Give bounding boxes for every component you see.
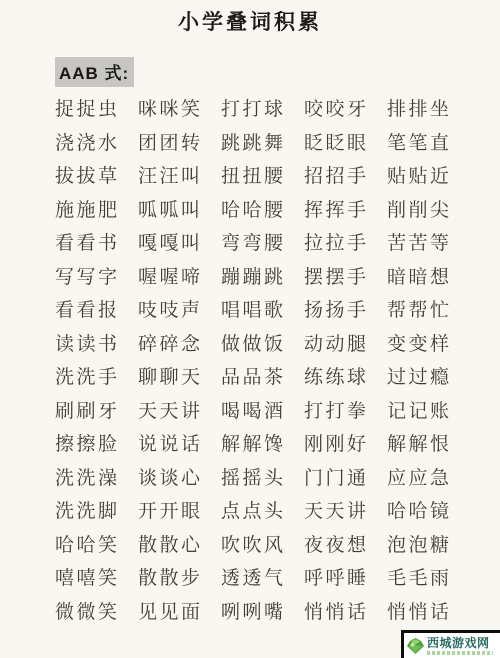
word-item: 蹦蹦跳: [221, 259, 304, 293]
word-item: 咧咧嘴: [221, 594, 304, 628]
word-item: 弯弯腰: [221, 225, 304, 259]
word-item: 写写字: [55, 259, 138, 293]
word-item: 聊聊天: [138, 359, 221, 393]
word-item: 捉捉虫: [55, 91, 138, 125]
word-item: 应应急: [387, 460, 470, 494]
word-item: 削削尖: [387, 192, 470, 226]
word-item: 嘎嘎叫: [138, 225, 221, 259]
word-item: 喝喝酒: [221, 393, 304, 427]
watermark-subtext-strip: [427, 651, 493, 655]
word-item: 悄悄话: [304, 594, 387, 628]
word-item: 解解恨: [387, 426, 470, 460]
word-item: 看看书: [55, 225, 138, 259]
word-item: 记记账: [387, 393, 470, 427]
word-item: 动动腿: [304, 326, 387, 360]
word-item: 品品茶: [221, 359, 304, 393]
word-item: 门门通: [304, 460, 387, 494]
word-item: 洗洗脚: [55, 493, 138, 527]
word-item: 洗洗手: [55, 359, 138, 393]
word-item: 碎碎念: [138, 326, 221, 360]
word-item: 微微笑: [55, 594, 138, 628]
word-item: 看看报: [55, 292, 138, 326]
word-item: 浇浇水: [55, 125, 138, 159]
word-item: 哈哈腰: [221, 192, 304, 226]
watermark-site-name: 西城游戏网: [427, 637, 493, 649]
word-item: 哈哈镜: [387, 493, 470, 527]
word-item: 贴贴近: [387, 158, 470, 192]
word-item: 透透气: [221, 560, 304, 594]
word-item: 咪咪笑: [138, 91, 221, 125]
word-item: 团团转: [138, 125, 221, 159]
word-item: 洗洗澡: [55, 460, 138, 494]
word-item: 擦擦脸: [55, 426, 138, 460]
word-item: 开开眼: [138, 493, 221, 527]
word-item: 吹吹风: [221, 527, 304, 561]
word-item: 天天讲: [138, 393, 221, 427]
watermark-text-column: 西城游戏网: [427, 637, 493, 655]
word-item: 笔笔直: [387, 125, 470, 159]
word-item: 解解馋: [221, 426, 304, 460]
word-item: 读读书: [55, 326, 138, 360]
word-item: 呱呱叫: [138, 192, 221, 226]
word-item: 谈谈心: [138, 460, 221, 494]
word-item: 变变样: [387, 326, 470, 360]
word-item: 悄悄话: [387, 594, 470, 628]
word-item: 咬咬牙: [304, 91, 387, 125]
word-item: 散散心: [138, 527, 221, 561]
page-title: 小学叠词积累: [0, 6, 500, 36]
word-item: 夜夜想: [304, 527, 387, 561]
word-item: 做做饭: [221, 326, 304, 360]
word-item: 唱唱歌: [221, 292, 304, 326]
gem-icon: [407, 638, 424, 654]
word-item: 汪汪叫: [138, 158, 221, 192]
word-item: 排排坐: [387, 91, 470, 125]
word-item: 苦苦等: [387, 225, 470, 259]
word-item: 挥挥手: [304, 192, 387, 226]
word-item: 帮帮忙: [387, 292, 470, 326]
word-item: 跳跳舞: [221, 125, 304, 159]
word-item: 摆摆手: [304, 259, 387, 293]
word-item: 刷刷牙: [55, 393, 138, 427]
word-item: 嘻嘻笑: [55, 560, 138, 594]
word-item: 散散步: [138, 560, 221, 594]
word-item: 暗暗想: [387, 259, 470, 293]
word-item: 练练球: [304, 359, 387, 393]
word-item: 吱吱声: [138, 292, 221, 326]
word-item: 点点头: [221, 493, 304, 527]
word-item: 摇摇头: [221, 460, 304, 494]
word-item: 说说话: [138, 426, 221, 460]
word-item: 扭扭腰: [221, 158, 304, 192]
word-item: 见见面: [138, 594, 221, 628]
word-item: 呼呼睡: [304, 560, 387, 594]
word-item: 喔喔啼: [138, 259, 221, 293]
watermark-badge: 西城游戏网: [401, 630, 500, 658]
word-item: 施施肥: [55, 192, 138, 226]
word-item: 拉拉手: [304, 225, 387, 259]
section-label-aab: AAB 式:: [55, 57, 134, 87]
word-item: 天天讲: [304, 493, 387, 527]
word-item: 打打球: [221, 91, 304, 125]
word-item: 哈哈笑: [55, 527, 138, 561]
word-item: 过过瘾: [387, 359, 470, 393]
word-item: 眨眨眼: [304, 125, 387, 159]
word-item: 打打拳: [304, 393, 387, 427]
word-item: 招招手: [304, 158, 387, 192]
word-item: 毛毛雨: [387, 560, 470, 594]
word-item: 拔拔草: [55, 158, 138, 192]
words-grid: 捉捉虫咪咪笑打打球咬咬牙排排坐浇浇水团团转跳跳舞眨眨眼笔笔直拔拔草汪汪叫扭扭腰招…: [55, 91, 470, 627]
word-item: 泡泡糖: [387, 527, 470, 561]
word-item: 扬扬手: [304, 292, 387, 326]
word-item: 刚刚好: [304, 426, 387, 460]
